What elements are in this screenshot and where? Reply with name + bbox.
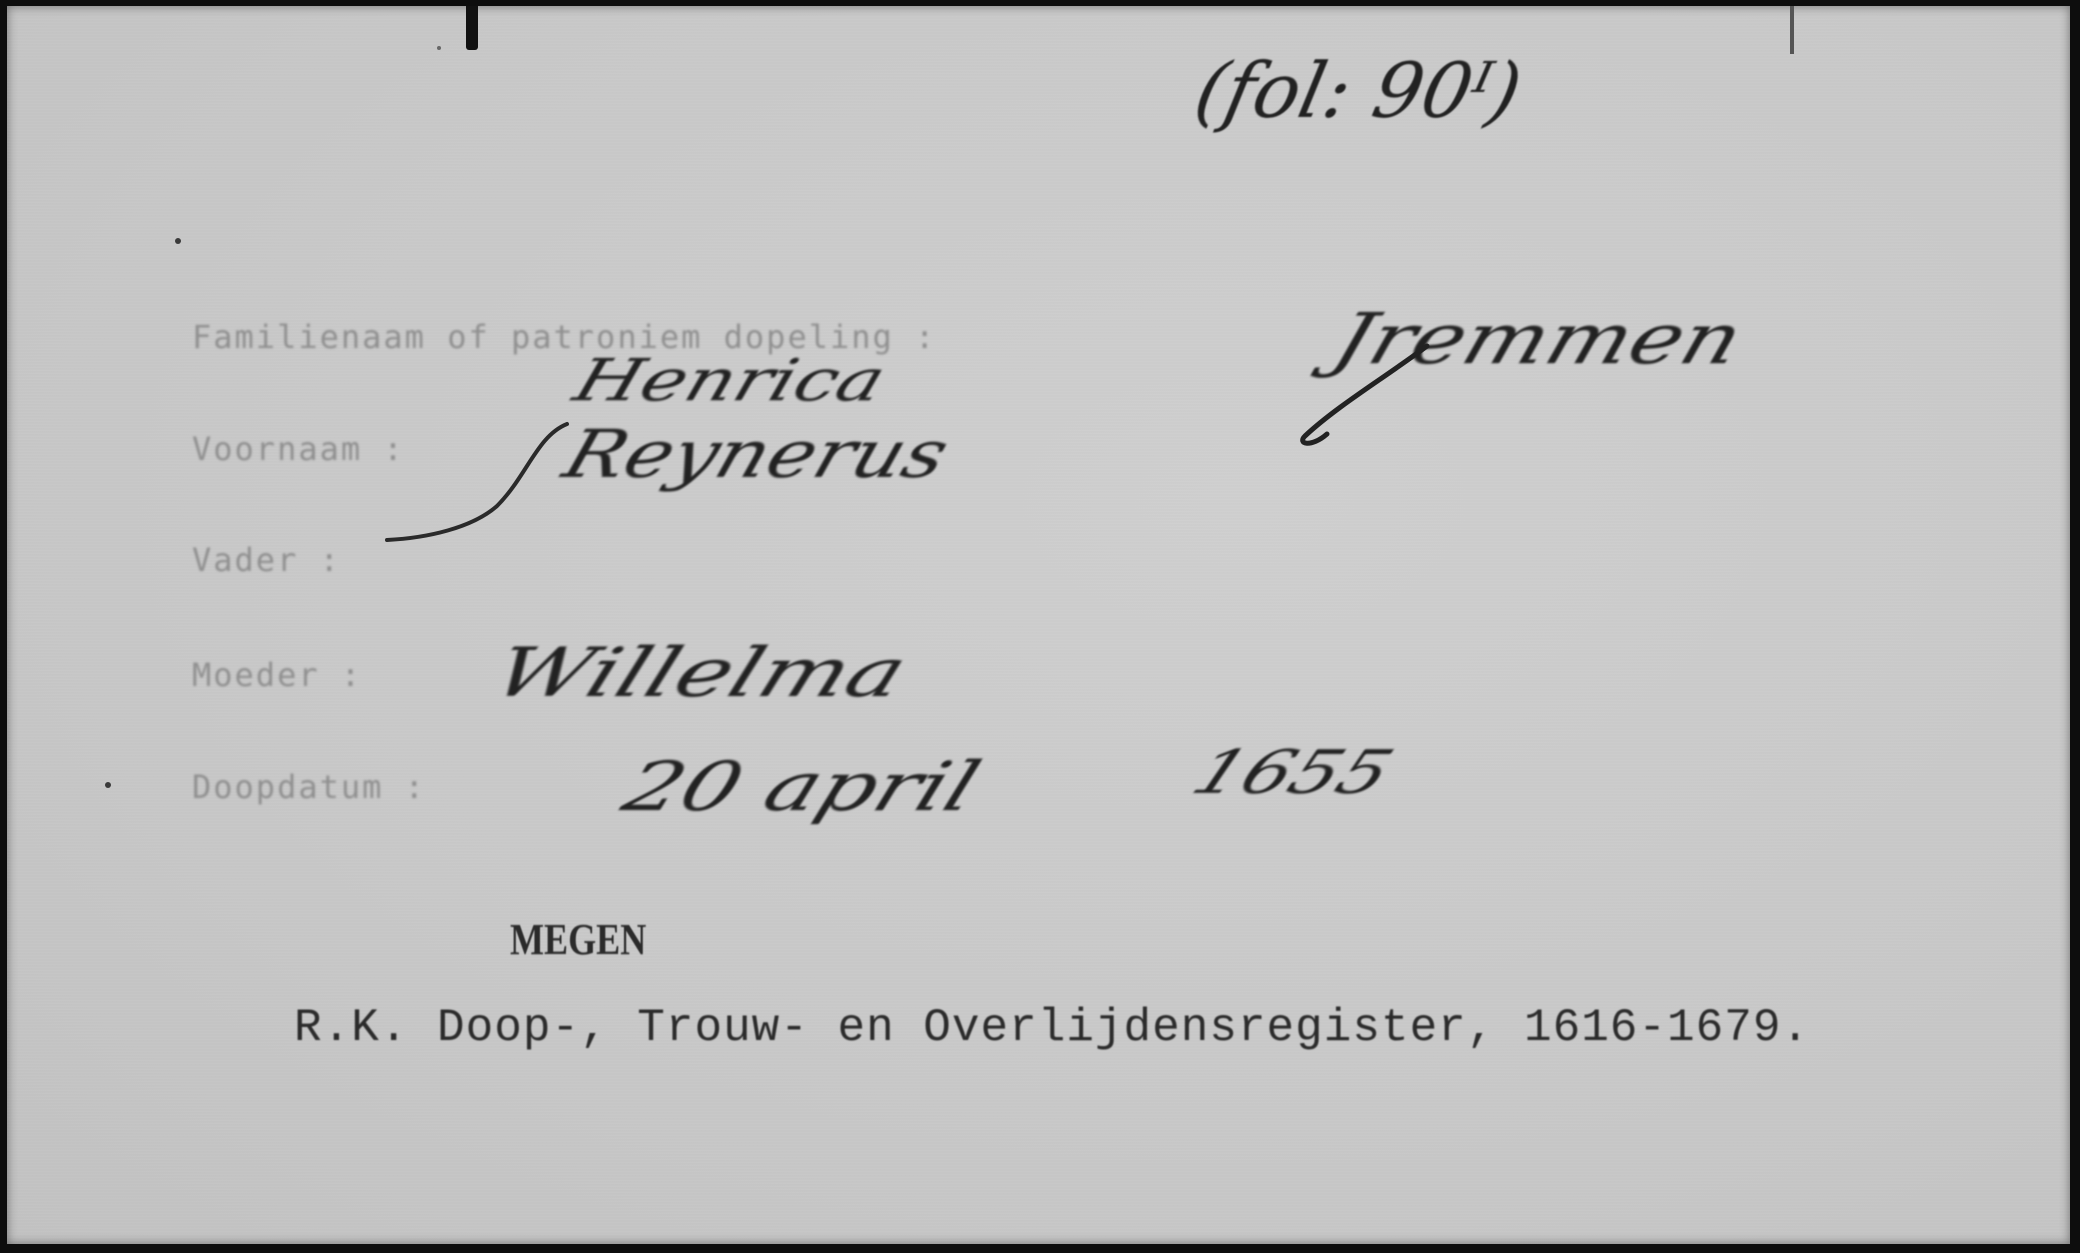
- mother-value: Willelma: [483, 634, 918, 713]
- scan-edge-mark: [466, 6, 478, 50]
- baptism-date-value: 20 april: [613, 748, 990, 827]
- source-register: R.K. Doop-, Trouw- en Overlijdensregiste…: [294, 1002, 1810, 1054]
- given-name-value: Reynerus: [554, 416, 958, 493]
- scan-edge-mark-right: [1790, 6, 1794, 54]
- scanned-index-card-image: (fol: 90ᴵ) Familienaam of patroniem dope…: [0, 0, 2080, 1253]
- speck-dot: [437, 46, 441, 50]
- baptism-year-value: 1655: [1181, 738, 1403, 808]
- index-card: (fol: 90ᴵ) Familienaam of patroniem dope…: [7, 6, 2070, 1244]
- margin-dot: [105, 782, 111, 788]
- given-name-label: Voornaam :: [192, 430, 405, 468]
- father-label: Vader :: [192, 541, 341, 579]
- baptism-date-label: Doopdatum :: [192, 768, 426, 806]
- speck-dot: [175, 238, 181, 244]
- place-heading: MEGEN: [510, 914, 646, 965]
- family-name-value: Jremmen: [1324, 298, 1753, 380]
- given-name-alt-value: Henrica: [566, 346, 894, 414]
- folio-note: (fol: 90ᴵ): [1188, 46, 1530, 135]
- given-name-bracket-stroke: [377, 416, 577, 546]
- mother-label: Moeder :: [192, 656, 362, 694]
